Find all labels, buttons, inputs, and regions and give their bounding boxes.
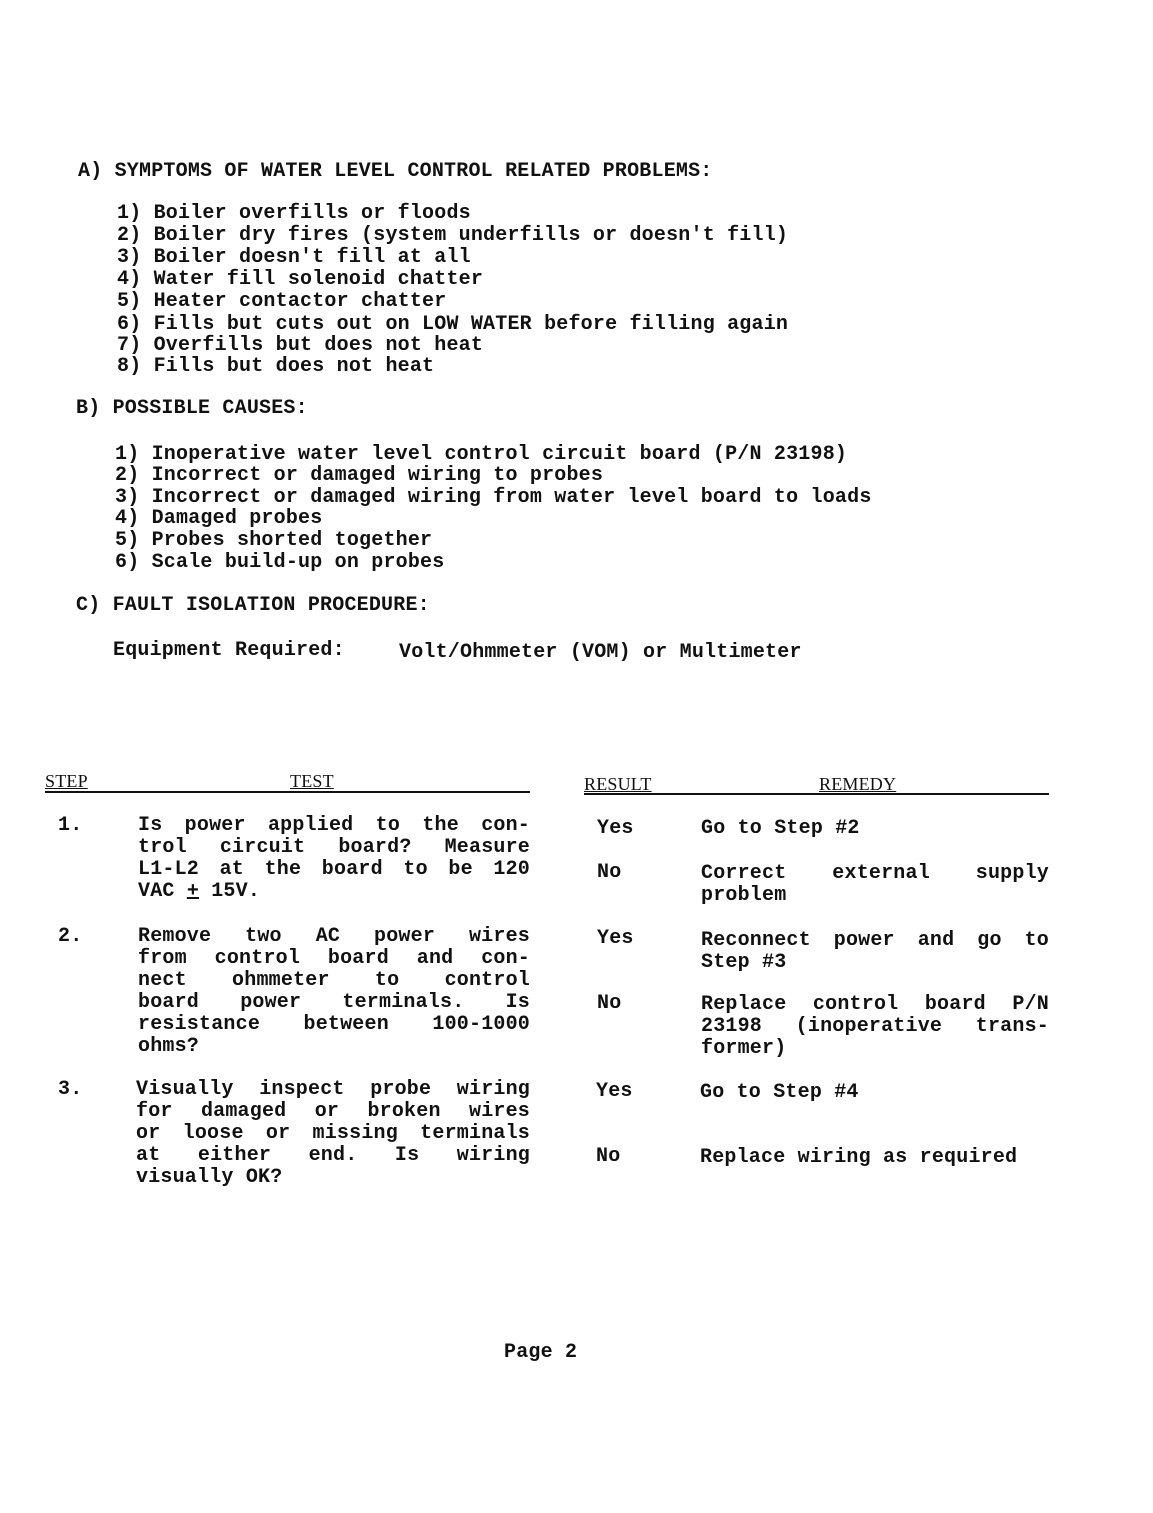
test-line-prefix: VAC (138, 880, 187, 903)
plus-minus-symbol: + (187, 880, 199, 903)
cause-item: 5) Probes shorted together (115, 530, 432, 552)
cause-item: 6) Scale build-up on probes (115, 552, 444, 574)
cause-item: 3) Incorrect or damaged wiring from wate… (115, 487, 872, 509)
symptom-item: 7) Overfills but does not heat (117, 335, 483, 357)
column-header-step: STEP (45, 771, 88, 792)
section-c-heading: C) FAULT ISOLATION PROCEDURE: (76, 595, 430, 617)
remedy-text: Replace control board P/N 23198 (inopera… (701, 994, 1049, 1060)
remedy-line: former) (701, 1038, 1049, 1060)
test-line: VAC + 15V. (138, 881, 530, 903)
header-rule-right (584, 793, 1049, 795)
remedy-line: Replace control board P/N (701, 994, 1049, 1016)
result-yes: Yes (597, 818, 634, 840)
column-header-result: RESULT (584, 774, 652, 795)
test-line: resistance between 100-1000 (138, 1014, 530, 1036)
test-description: Remove two AC power wires from control b… (138, 926, 530, 1058)
test-description: Visually inspect probe wiring for damage… (136, 1079, 530, 1189)
test-line: L1-L2 at the board to be 120 (138, 859, 530, 881)
symptom-item: 5) Heater contactor chatter (117, 291, 446, 313)
header-rule-left (45, 791, 530, 793)
symptom-item: 4) Water fill solenoid chatter (117, 269, 483, 291)
test-line: from control board and con- (138, 948, 530, 970)
remedy-text: Go to Step #2 (701, 818, 1049, 840)
remedy-line: Replace wiring as required (700, 1147, 1048, 1169)
symptom-item: 2) Boiler dry fires (system underfills o… (117, 225, 788, 247)
remedy-line: Reconnect power and go to (701, 930, 1049, 952)
remedy-line: Go to Step #2 (701, 818, 1049, 840)
cause-item: 4) Damaged probes (115, 508, 322, 530)
test-line: Is power applied to the con- (138, 815, 530, 837)
result-no: No (596, 1146, 620, 1168)
page-number: Page 2 (504, 1342, 577, 1364)
test-line: Visually inspect probe wiring (136, 1079, 530, 1101)
remedy-text: Reconnect power and go to Step #3 (701, 930, 1049, 974)
step-number: 2. (58, 926, 82, 948)
remedy-line: 23198 (inoperative trans- (701, 1016, 1049, 1038)
test-line: ohms? (138, 1036, 530, 1058)
remedy-text: Go to Step #4 (700, 1082, 1048, 1104)
section-a-heading: A) SYMPTOMS OF WATER LEVEL CONTROL RELAT… (78, 161, 713, 183)
test-line: board power terminals. Is (138, 992, 530, 1014)
equipment-label: Equipment Required: (113, 640, 345, 662)
result-no: No (597, 862, 621, 884)
step-number: 1. (58, 815, 82, 837)
test-line: Remove two AC power wires (138, 926, 530, 948)
symptom-item: 8) Fills but does not heat (117, 356, 434, 378)
remedy-line: problem (701, 885, 1049, 907)
section-b-heading: B) POSSIBLE CAUSES: (76, 398, 308, 420)
test-line: or loose or missing terminals (136, 1123, 530, 1145)
remedy-text: Replace wiring as required (700, 1147, 1048, 1169)
test-description: Is power applied to the con- trol circui… (138, 815, 530, 903)
symptom-item: 6) Fills but cuts out on LOW WATER befor… (117, 314, 788, 336)
result-no: No (597, 993, 621, 1015)
result-yes: Yes (597, 928, 634, 950)
equipment-value: Volt/Ohmmeter (VOM) or Multimeter (399, 642, 802, 664)
column-header-remedy: REMEDY (819, 774, 896, 795)
test-line: at either end. Is wiring (136, 1145, 530, 1167)
cause-item: 1) Inoperative water level control circu… (115, 444, 847, 466)
test-line: trol circuit board? Measure (138, 837, 530, 859)
symptom-item: 1) Boiler overfills or floods (117, 203, 471, 225)
remedy-line: Correct external supply (701, 863, 1049, 885)
test-line: nect ohmmeter to control (138, 970, 530, 992)
remedy-text: Correct external supply problem (701, 863, 1049, 907)
remedy-line: Step #3 (701, 952, 1049, 974)
test-line: visually OK? (136, 1167, 530, 1189)
cause-item: 2) Incorrect or damaged wiring to probes (115, 465, 603, 487)
column-header-test: TEST (290, 771, 334, 792)
result-yes: Yes (596, 1081, 633, 1103)
symptom-item: 3) Boiler doesn't fill at all (117, 247, 471, 269)
remedy-line: Go to Step #4 (700, 1082, 1048, 1104)
test-line: for damaged or broken wires (136, 1101, 530, 1123)
step-number: 3. (58, 1079, 82, 1101)
test-line-suffix: 15V. (199, 880, 260, 903)
